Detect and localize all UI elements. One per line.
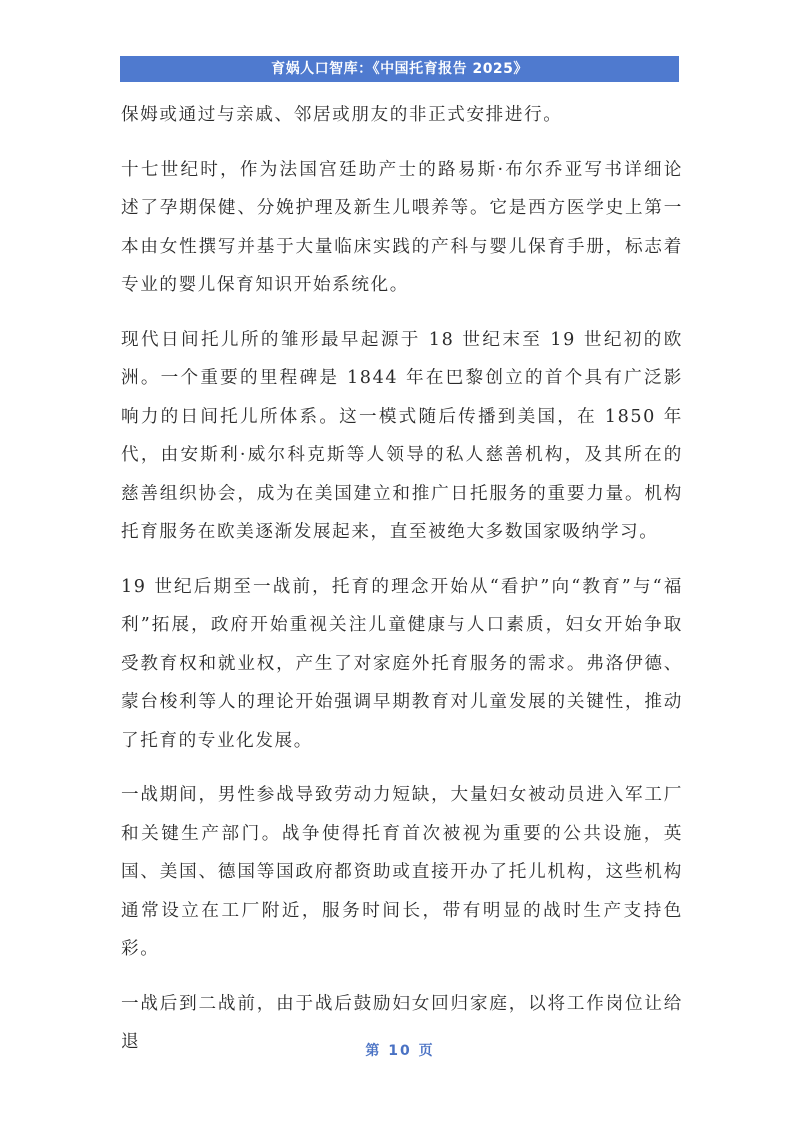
- paragraph-wwi-period: 一战期间，男性参战导致劳动力短缺，大量妇女被动员进入军工厂和关键生产部门。战争使…: [121, 776, 683, 969]
- page-number: 第 10 页: [0, 1040, 800, 1060]
- paragraph-nanny-arrangements: 保姆或通过与亲戚、邻居或朋友的非正式安排进行。: [121, 96, 683, 135]
- paragraph-late-19th-century: 19 世纪后期至一战前，托育的理念开始从“看护”向“教育”与“福利”拓展，政府开…: [121, 568, 683, 761]
- document-body: 保姆或通过与亲戚、邻居或朋友的非正式安排进行。 十七世纪时，作为法国宫廷助产士的…: [121, 96, 683, 1078]
- report-header-banner: 育娲人口智库：《中国托育报告 2025》: [120, 56, 679, 82]
- paragraph-seventeenth-century: 十七世纪时，作为法国宫廷助产士的路易斯·布尔乔亚写书详细论述了孕期保健、分娩护理…: [121, 151, 683, 305]
- paragraph-modern-daycare-origins: 现代日间托儿所的雏形最早起源于 18 世纪末至 19 世纪初的欧洲。一个重要的里…: [121, 321, 683, 552]
